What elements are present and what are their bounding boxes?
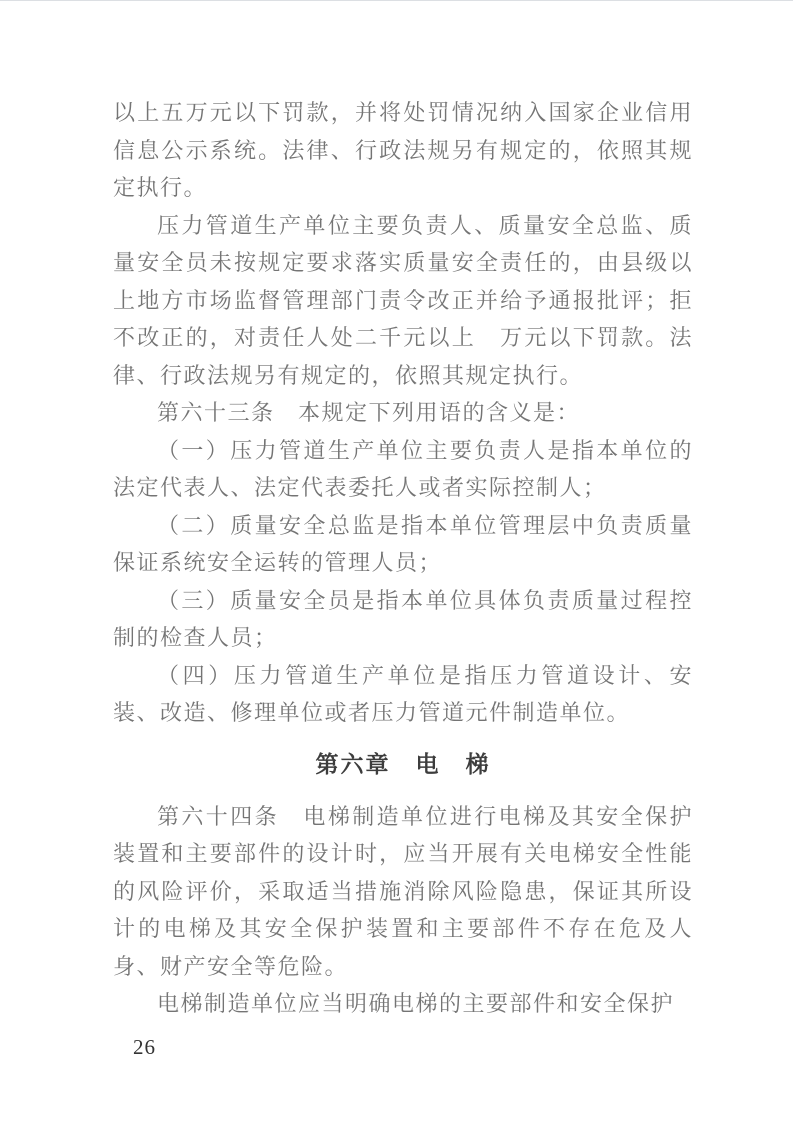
paragraph: 压力管道生产单位主要负责人、质量安全总监、质量安全员未按规定要求落实质量安全责任… — [113, 207, 693, 395]
paragraph: （一）压力管道生产单位主要负责人是指本单位的法定代表人、法定代表委托人或者实际控… — [113, 432, 693, 507]
paragraph: 电梯制造单位应当明确电梯的主要部件和安全保护 — [113, 985, 693, 1023]
chapter-heading: 第六章 电 梯 — [113, 744, 693, 784]
paragraph: （三）质量安全员是指本单位具体负责质量过程控制的检查人员； — [113, 582, 693, 657]
paragraph: （二）质量安全总监是指本单位管理层中负责质量保证系统安全运转的管理人员； — [113, 507, 693, 582]
document-text: 以上五万元以下罚款，并将处罚情况纳入国家企业信用信息公示系统。法律、行政法规另有… — [113, 94, 693, 1023]
paragraph: （四）压力管道生产单位是指压力管道设计、安装、改造、修理单位或者压力管道元件制造… — [113, 657, 693, 732]
page-number: 26 — [133, 1035, 156, 1060]
paragraph: 第六十四条 电梯制造单位进行电梯及其安全保护装置和主要部件的设计时，应当开展有关… — [113, 798, 693, 986]
paragraph: 以上五万元以下罚款，并将处罚情况纳入国家企业信用信息公示系统。法律、行政法规另有… — [113, 94, 693, 207]
paragraph: 第六十三条 本规定下列用语的含义是： — [113, 394, 693, 432]
document-page: 以上五万元以下罚款，并将处罚情况纳入国家企业信用信息公示系统。法律、行政法规另有… — [0, 0, 793, 1122]
